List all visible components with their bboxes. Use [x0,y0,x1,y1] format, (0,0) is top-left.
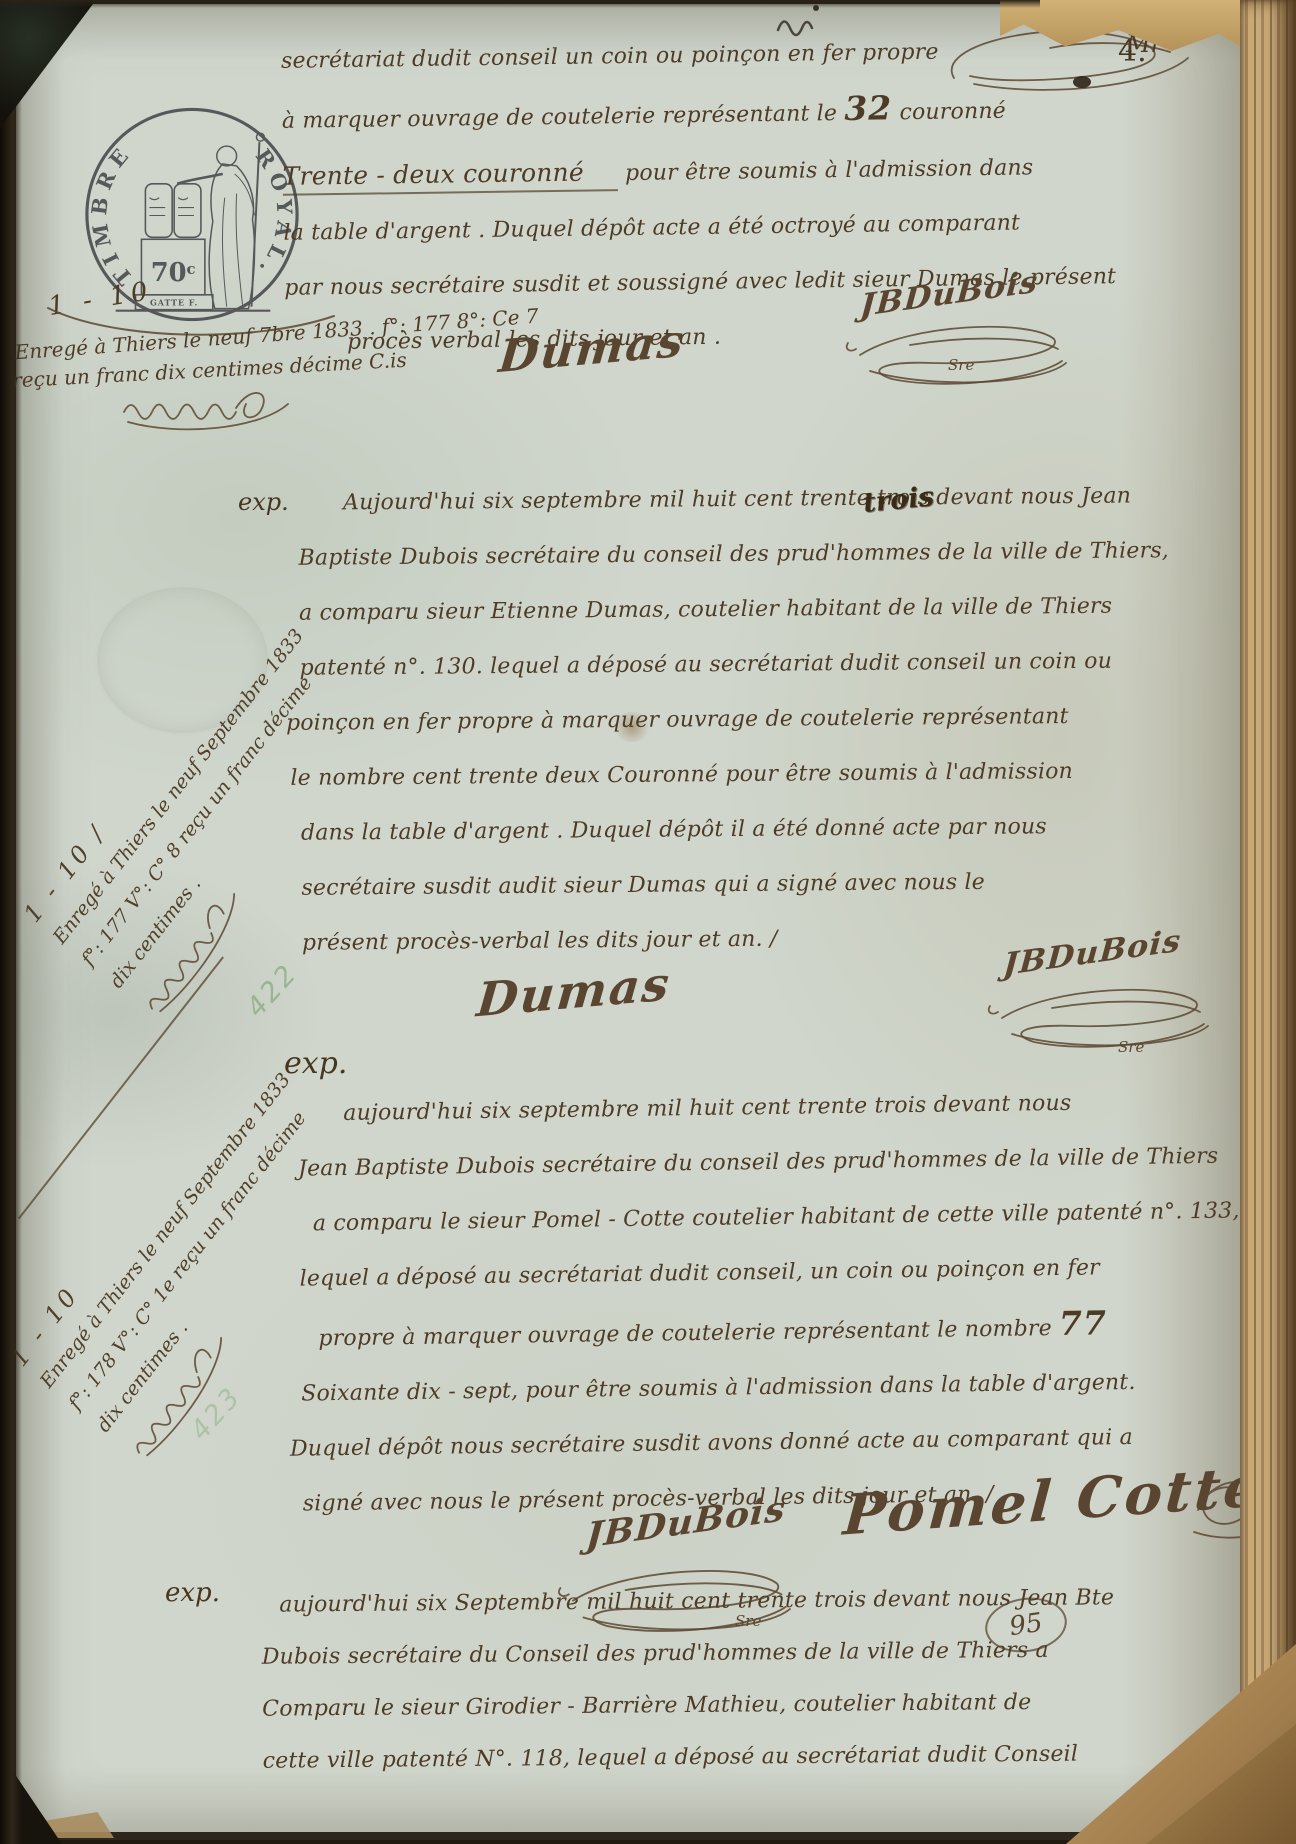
text-segment: Aujourd'hui six septembre mil huit cent … [343,484,1131,516]
stamp-figure [177,133,264,308]
text-segment: à marquer ouvrage de coutelerie représen… [282,101,845,134]
binding-spine [0,0,22,1844]
text-line: Aujourd'hui six septembre mil huit cent … [343,468,1169,530]
text-line: dans la table d'argent . Duquel dépôt il… [301,798,1172,861]
stamp-denomination: 70c [151,258,196,288]
text-line: Baptiste Dubois secrétaire du conseil de… [298,523,1169,586]
dubois-paraph-flourish [982,968,1212,1063]
top-edge-shadow [0,0,1040,8]
paragraph-girodier-deposit: aujourd'hui six Septembre mil huit cent … [261,1572,1116,1787]
stamp-arc-left-text: TIMBRE [86,139,138,291]
exp-label: exp. [238,488,289,516]
secretary-abbrev: Sre [1118,1038,1144,1056]
text-line: Dubois secrétaire du Conseil des prud'ho… [262,1624,1115,1683]
big-number-32: 32 [844,88,892,128]
text-line: patenté n°. 130. lequel a déposé au secr… [299,633,1170,696]
paragraph-dumas-deposit: Aujourd'hui six septembre mil huit cent … [298,468,1173,971]
text-segment: propre à marquer ouvrage de coutelerie r… [318,1316,1059,1351]
registrar-paraph-flourish [118,378,293,433]
text-line: Comparu le sieur Girodier - Barrière Mat… [262,1676,1115,1735]
dubois-paraph-flourish [840,305,1070,400]
exp-label: exp. [165,1578,220,1608]
text-line: le nombre cent trente deux Couronné pour… [290,743,1171,806]
text-segment: pour être soumis à l'admission dans [618,155,1034,186]
svg-text:TIMBRE: TIMBRE [86,139,138,291]
underlined-phrase: Trente - deux couronné [282,157,618,196]
text-segment: couronné [892,99,1006,126]
text-line: a comparu sieur Etienne Dumas, coutelier… [299,578,1170,641]
paragraph-pomel-deposit: aujourd'hui six septembre mil huit cent … [297,1073,1244,1531]
text-line: aujourd'hui six Septembre mil huit cent … [279,1572,1114,1631]
manuscript-photo: 4. Mr TIMBRE ROYAL. 70 [0,0,1296,1844]
text-line: cette ville patenté N°. 118, lequel a dé… [262,1728,1115,1787]
exp-label: exp. [284,1046,347,1081]
overwritten-word: trois [861,469,937,531]
secretary-abbrev: Sre [948,356,974,374]
book-fore-edge [1240,0,1296,1844]
big-number-77: 77 [1059,1303,1107,1343]
text-line: poinçon en fer propre à marquer ouvrage … [286,688,1171,751]
text-line: secrétaire susdit audit sieur Dumas qui … [301,853,1172,916]
